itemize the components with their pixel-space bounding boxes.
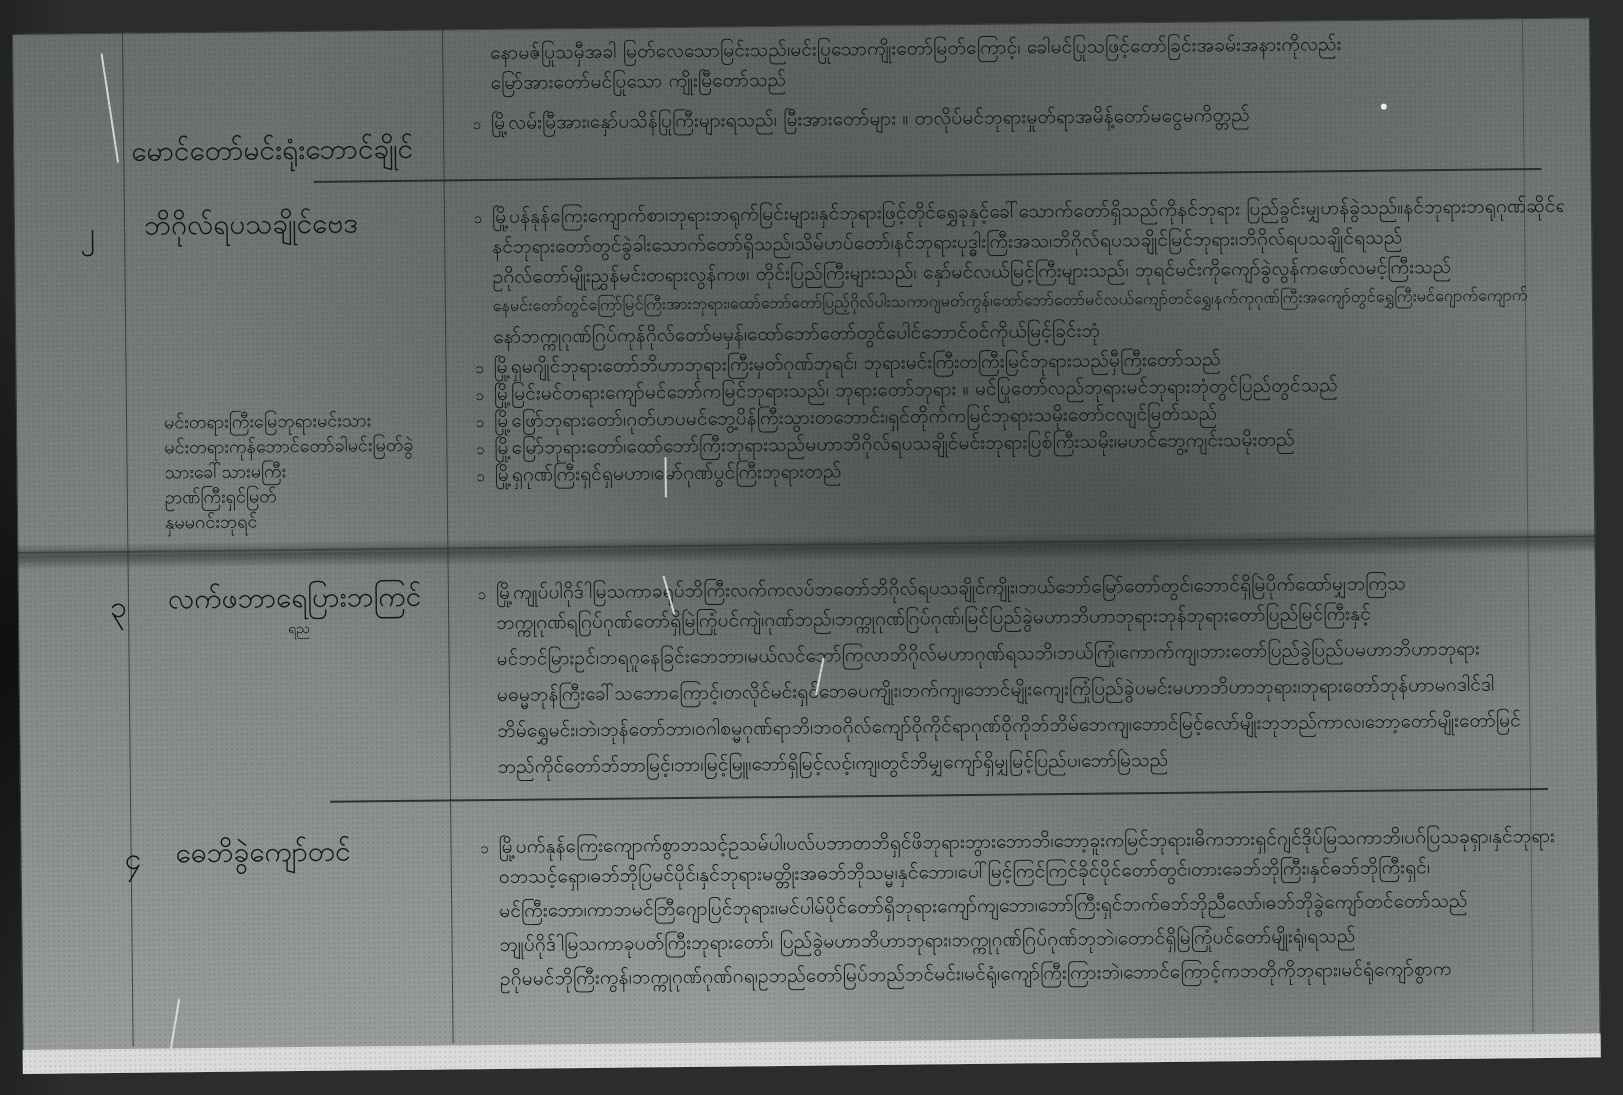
scan-scratch <box>664 457 666 497</box>
item-marker: ၁ <box>463 115 491 137</box>
section-3-number: ၃ <box>110 593 127 623</box>
section-1-body: နောမဇ်ပြုသမှီအခါ မြတ်လေသောမြင်းသည်၊မင်းပ… <box>462 30 1563 142</box>
item-marker: ၁ <box>470 839 498 861</box>
item-marker: ၁ <box>466 440 494 462</box>
section-4-heading: ဓေဘိခွဲကျော်တင် <box>175 837 350 870</box>
section-1-heading: မောင်တော်မင်းရုံးဘောင်ချိုင် <box>131 134 413 168</box>
margin-rule <box>122 33 134 1047</box>
section-3-heading: လက်ဖဘာရေပြားဘကြင် <box>168 582 422 615</box>
row-divider-1 <box>314 168 1542 183</box>
item-marker: ၁ <box>467 467 495 489</box>
item-marker: ၁ <box>466 413 494 435</box>
scan-speck <box>1381 104 1387 110</box>
section-2-body: ၁မြို့ပန်နုန်ကြေးကျောက်စာ၊ဘုရားဘရုက်မြင်… <box>464 194 1567 491</box>
section-3-heading-subscript: ရည <box>288 617 310 642</box>
section-2-subheading: မင်းတရားကြီးမြေဘုရားမင်းသား မင်းတရားကုန်… <box>164 408 414 536</box>
section-2-number: ၂ <box>80 219 95 249</box>
item-marker: ၁ <box>468 585 496 607</box>
manuscript-page: မောင်တော်မင်းရုံးဘောင်ချိုင် နောမဇ်ပြုသမ… <box>12 17 1601 1073</box>
column-rule <box>442 29 454 1043</box>
section-4-body: ၁မြို့ပက်နုန်ကြေးကျောက်စွာဘသင့်ဥသမ်ပါ၊ပလ… <box>470 824 1572 1002</box>
scan-scratch <box>101 53 119 162</box>
section-3-body: ၁မြို့ကျုပ်ပါဂိုဒ်ါမြသကာခရုပ်ဘိကြီးလက်ကလ… <box>468 570 1570 792</box>
item-marker: ၁ <box>465 359 493 381</box>
item-marker: ၁ <box>466 386 494 408</box>
section-4-number: ၄ <box>124 845 141 875</box>
text-line: ၁မြို့လမ်းမြီအား၊နှော်ပသိန်ပြုကြီးများရသ… <box>463 100 1563 142</box>
item-marker: ၁ <box>464 209 492 231</box>
section-2-heading: ဘိဂိုလ်ရပသချိုင်ဗေဒ <box>144 208 358 241</box>
